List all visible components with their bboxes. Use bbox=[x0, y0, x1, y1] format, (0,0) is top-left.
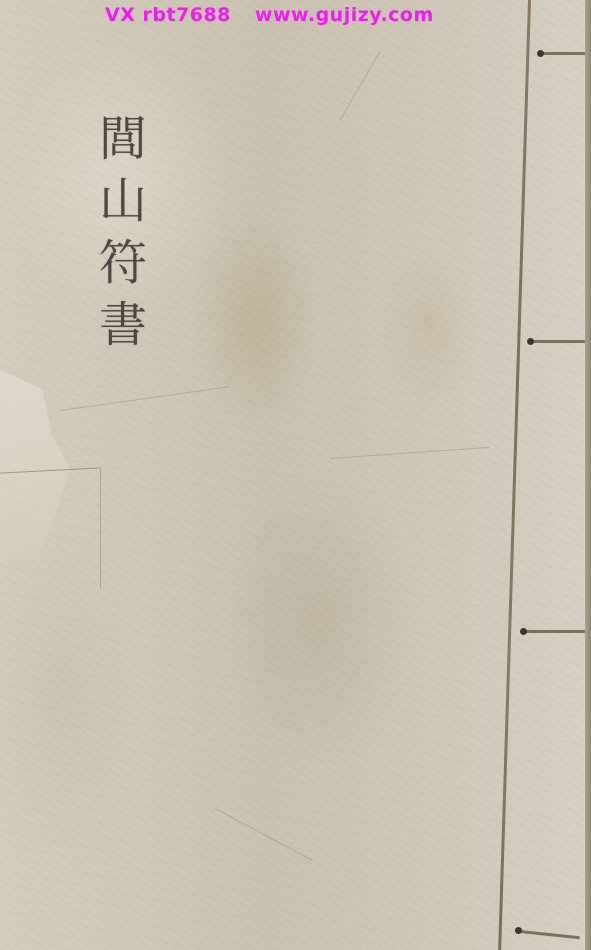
torn-paper-edge bbox=[0, 467, 101, 593]
cover-title: 閭 山 符 書 bbox=[92, 108, 154, 356]
title-char-4: 書 bbox=[99, 294, 147, 356]
binding-stitch bbox=[532, 340, 591, 343]
paper-crease bbox=[340, 51, 381, 121]
title-char-1: 閭 bbox=[99, 108, 147, 170]
book-cover-scan: VX rbt7688www.gujizy.com 閭 山 符 書 bbox=[0, 0, 591, 950]
binding-stitch bbox=[525, 630, 587, 633]
paper-crease bbox=[215, 808, 313, 861]
title-char-3: 符 bbox=[99, 232, 147, 294]
binding-stitch bbox=[520, 930, 580, 939]
book-spine-edge bbox=[585, 0, 591, 950]
torn-paper-area bbox=[0, 370, 70, 560]
binding-thread-vertical bbox=[498, 0, 531, 950]
title-char-2: 山 bbox=[99, 170, 147, 232]
watermark-contact: VX rbt7688 bbox=[105, 4, 231, 26]
watermark-site: www.gujizy.com bbox=[255, 4, 434, 26]
watermark: VX rbt7688www.gujizy.com bbox=[105, 4, 434, 26]
stitch-hole bbox=[537, 50, 544, 57]
stitch-hole bbox=[520, 628, 527, 635]
paper-crease bbox=[60, 386, 228, 411]
stitch-hole bbox=[515, 927, 522, 934]
stitch-hole bbox=[527, 338, 534, 345]
binding-stitch bbox=[541, 52, 591, 55]
paper-crease bbox=[330, 447, 490, 459]
